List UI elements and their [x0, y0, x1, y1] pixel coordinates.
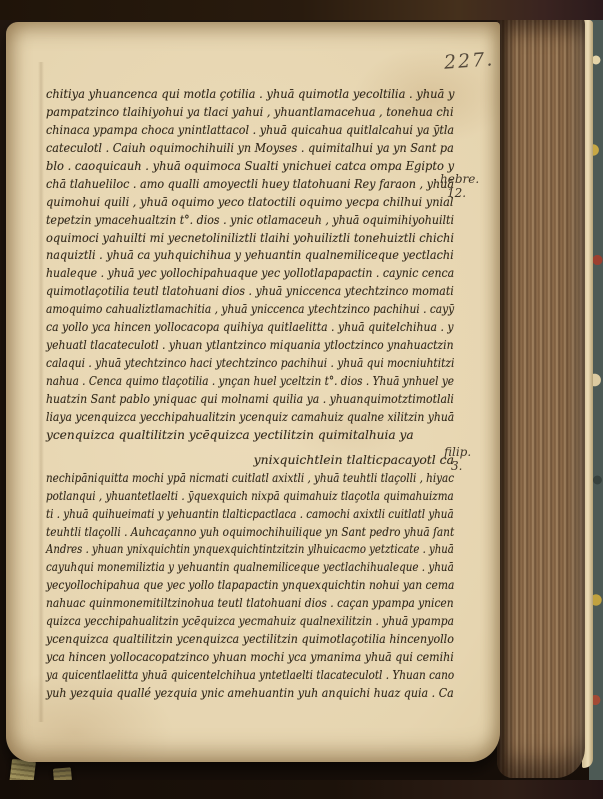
text-line: calaqui . yhuā ytechtzinco haci ytechtzi…	[46, 354, 454, 372]
margin-note-label: filip.	[444, 445, 471, 459]
text-line: quimohui quili , yhuā oquimo yeco tlatoc…	[46, 193, 454, 211]
text-line: ycenquizca qualtilitzin ycenquizca yecti…	[46, 630, 454, 648]
text-line: ti . yhuā quihueimati y yehuantin tlalti…	[46, 505, 454, 523]
text-line: nahua . Cenca quimo tlaçotilia . ynçan h…	[46, 372, 454, 390]
text-line-content: yuh yezquia quallé yezquia ynic amehuant…	[46, 684, 454, 702]
text-line: yuh yezquia quallé yezquia ynic amehuant…	[46, 684, 454, 702]
text-line: liaya ycenquizca yecchipahualitzin ycenq…	[46, 408, 454, 426]
text-line: ycenquizca qualtilitzin ycēquizca yectil…	[46, 426, 454, 444]
folio-number: 227.	[443, 48, 495, 73]
book-fore-edge	[497, 14, 585, 778]
text-line: Andres . yhuan ynixquichtin ynquexquicht…	[46, 540, 454, 558]
text-line: hualeque . yhuā yec yollochipahuaque yec…	[46, 264, 454, 282]
text-line-content: Andres . yhuan ynixquichtin ynquexquicht…	[46, 540, 454, 558]
text-line-content: ycenquizca qualtilitzin ycenquizca yecti…	[46, 630, 454, 648]
text-line-content: nechipāniquitta mochi ypā nicmati cuitla…	[46, 469, 454, 487]
text-line: nechipāniquitta mochi ypā nicmati cuitla…	[46, 469, 454, 487]
text-line: naquiztli . yhuā ca yuhquichihua y yehua…	[46, 246, 454, 264]
text-line-content: ycenquizca qualtilitzin ycēquizca yectil…	[46, 426, 414, 444]
text-line-content: cayuhqui monemiliztia y yehuantin qualne…	[46, 558, 454, 576]
text-line: teuhtli tlaçolli . Auhcaçanno yuh oquimo…	[46, 523, 454, 541]
text-line-content: pampatzinco tlaihiyohui ya tlaci yahui ,…	[46, 103, 454, 121]
text-line-content: ti . yhuā quihueimati y yehuantin tlalti…	[46, 505, 454, 523]
text-line-content: tepetzin ymacehualtzin t°. dios . ynic o…	[46, 211, 454, 229]
margin-note-number: 3.	[444, 459, 471, 473]
text-line-content: yecyollochipahua que yec yollo tlapapact…	[46, 576, 454, 594]
text-line-content: huatzin Sant pablo yniquac qui molnami q…	[46, 390, 454, 408]
text-line: quizca yecchipahualitzin ycēquizca yecma…	[46, 612, 454, 630]
text-line-content: blo . caoquicauh . yhuā oquimoca Sualti …	[46, 157, 454, 175]
text-line: yca hincen yollocacopatzinco yhuan mochi…	[46, 648, 454, 666]
text-line: tepetzin ymacehualtzin t°. dios . ynic o…	[46, 211, 454, 229]
text-line: yehuatl tlacateculotl . yhuan ytlantzinc…	[46, 336, 454, 354]
text-block: chitiya yhuancenca qui motla çotilia . y…	[46, 85, 454, 702]
text-line: quimotlaçotilia teutl tlatohuani dios . …	[46, 282, 454, 300]
text-line: yecyollochipahua que yec yollo tlapapact…	[46, 576, 454, 594]
text-line: cateculotl . Caiuh oquimochihuili yn Moy…	[46, 139, 454, 157]
text-line-content: cateculotl . Caiuh oquimochihuili yn Moy…	[46, 139, 454, 157]
text-line-content: nahua . Cenca quimo tlaçotilia . ynçan h…	[46, 372, 454, 390]
text-line: chinaca ypampa choca ynintlattacol . yhu…	[46, 121, 454, 139]
text-line-content: yehuatl tlacateculotl . yhuan ytlantzinc…	[46, 336, 454, 354]
text-line-content: calaqui . yhuā ytechtzinco haci ytechtzi…	[46, 354, 454, 372]
text-line-content: oquimoci yahuilti mi yecnetoliniliztli t…	[46, 229, 454, 247]
text-line-content: potlanqui , yhuantetlaelti . ȳquexquich …	[46, 487, 454, 505]
text-line-content: teuhtli tlaçolli . Auhcaçanno yuh oquimo…	[46, 523, 454, 541]
book-cover-bottom	[0, 780, 603, 799]
text-line: chā tlahueliloc . amo qualli amoyectli h…	[46, 175, 454, 193]
text-line: blo . caoquicauh . yhuā oquimoca Sualti …	[46, 157, 454, 175]
text-line: potlanqui , yhuantetlaelti . ȳquexquich …	[46, 487, 454, 505]
text-line-content: yca hincen yollocacopatzinco yhuan mochi…	[46, 648, 454, 666]
text-line-content: quimohui quili , yhuā oquimo yeco tlatoc…	[46, 193, 454, 211]
text-line-content: ya quicentlaelitta yhuā quicentelchihua …	[46, 666, 454, 684]
text-line: huatzin Sant pablo yniquac qui molnami q…	[46, 390, 454, 408]
text-line: ya quicentlaelitta yhuā quicentelchihua …	[46, 666, 454, 684]
text-line: pampatzinco tlaihiyohui ya tlaci yahui ,…	[46, 103, 454, 121]
text-line: oquimoci yahuilti mi yecnetoliniliztli t…	[46, 229, 454, 247]
text-line: amoquimo cahualiztlamachitia , yhuā ynic…	[46, 300, 454, 318]
margin-note-number: 12.	[440, 186, 479, 200]
text-line-content: ca yollo yca hincen yollocacopa quihiya …	[46, 318, 454, 336]
text-line-content: naquiztli . yhuā ca yuhquichihua y yehua…	[46, 246, 454, 264]
margin-note-philippians: filip. 3.	[444, 445, 471, 473]
margin-note-hebrews: hebre. 12.	[440, 172, 479, 200]
text-line-content: hualeque . yhuā yec yollochipahuaque yec…	[46, 264, 454, 282]
text-line-content: quimotlaçotilia teutl tlatohuani dios . …	[46, 282, 454, 300]
text-line: nahuac quinmonemitiltzinohua teutl tlato…	[46, 594, 454, 612]
page-crease	[38, 62, 44, 722]
text-line-content: chā tlahueliloc . amo qualli amoyectli h…	[46, 175, 454, 193]
text-line-content: liaya ycenquizca yecchipahualitzin ycenq…	[46, 408, 454, 426]
text-line-content: chitiya yhuancenca qui motla çotilia . y…	[46, 85, 454, 103]
manuscript-page: 227. chitiya yhuancenca qui motla çotili…	[6, 22, 500, 762]
text-line: ca yollo yca hincen yollocacopa quihiya …	[46, 318, 454, 336]
book-cover-top	[0, 0, 603, 20]
text-line-content: amoquimo cahualiztlamachitia , yhuā ynic…	[46, 300, 454, 318]
margin-note-label: hebre.	[440, 172, 479, 186]
text-line-content: chinaca ypampa choca ynintlattacol . yhu…	[46, 121, 454, 139]
text-line: cayuhqui monemiliztia y yehuantin qualne…	[46, 558, 454, 576]
manuscript-photo: 227. chitiya yhuancenca qui motla çotili…	[0, 0, 603, 799]
text-line-content: quizca yecchipahualitzin ycēquizca yecma…	[46, 612, 454, 630]
text-line: chitiya yhuancenca qui motla çotilia . y…	[46, 85, 454, 103]
text-line-content: nahuac quinmonemitiltzinohua teutl tlato…	[46, 594, 454, 612]
text-line: ynixquichtlein tlalticpacayotl ca	[46, 451, 454, 469]
text-line-content: ynixquichtlein tlalticpacayotl ca	[254, 451, 454, 469]
